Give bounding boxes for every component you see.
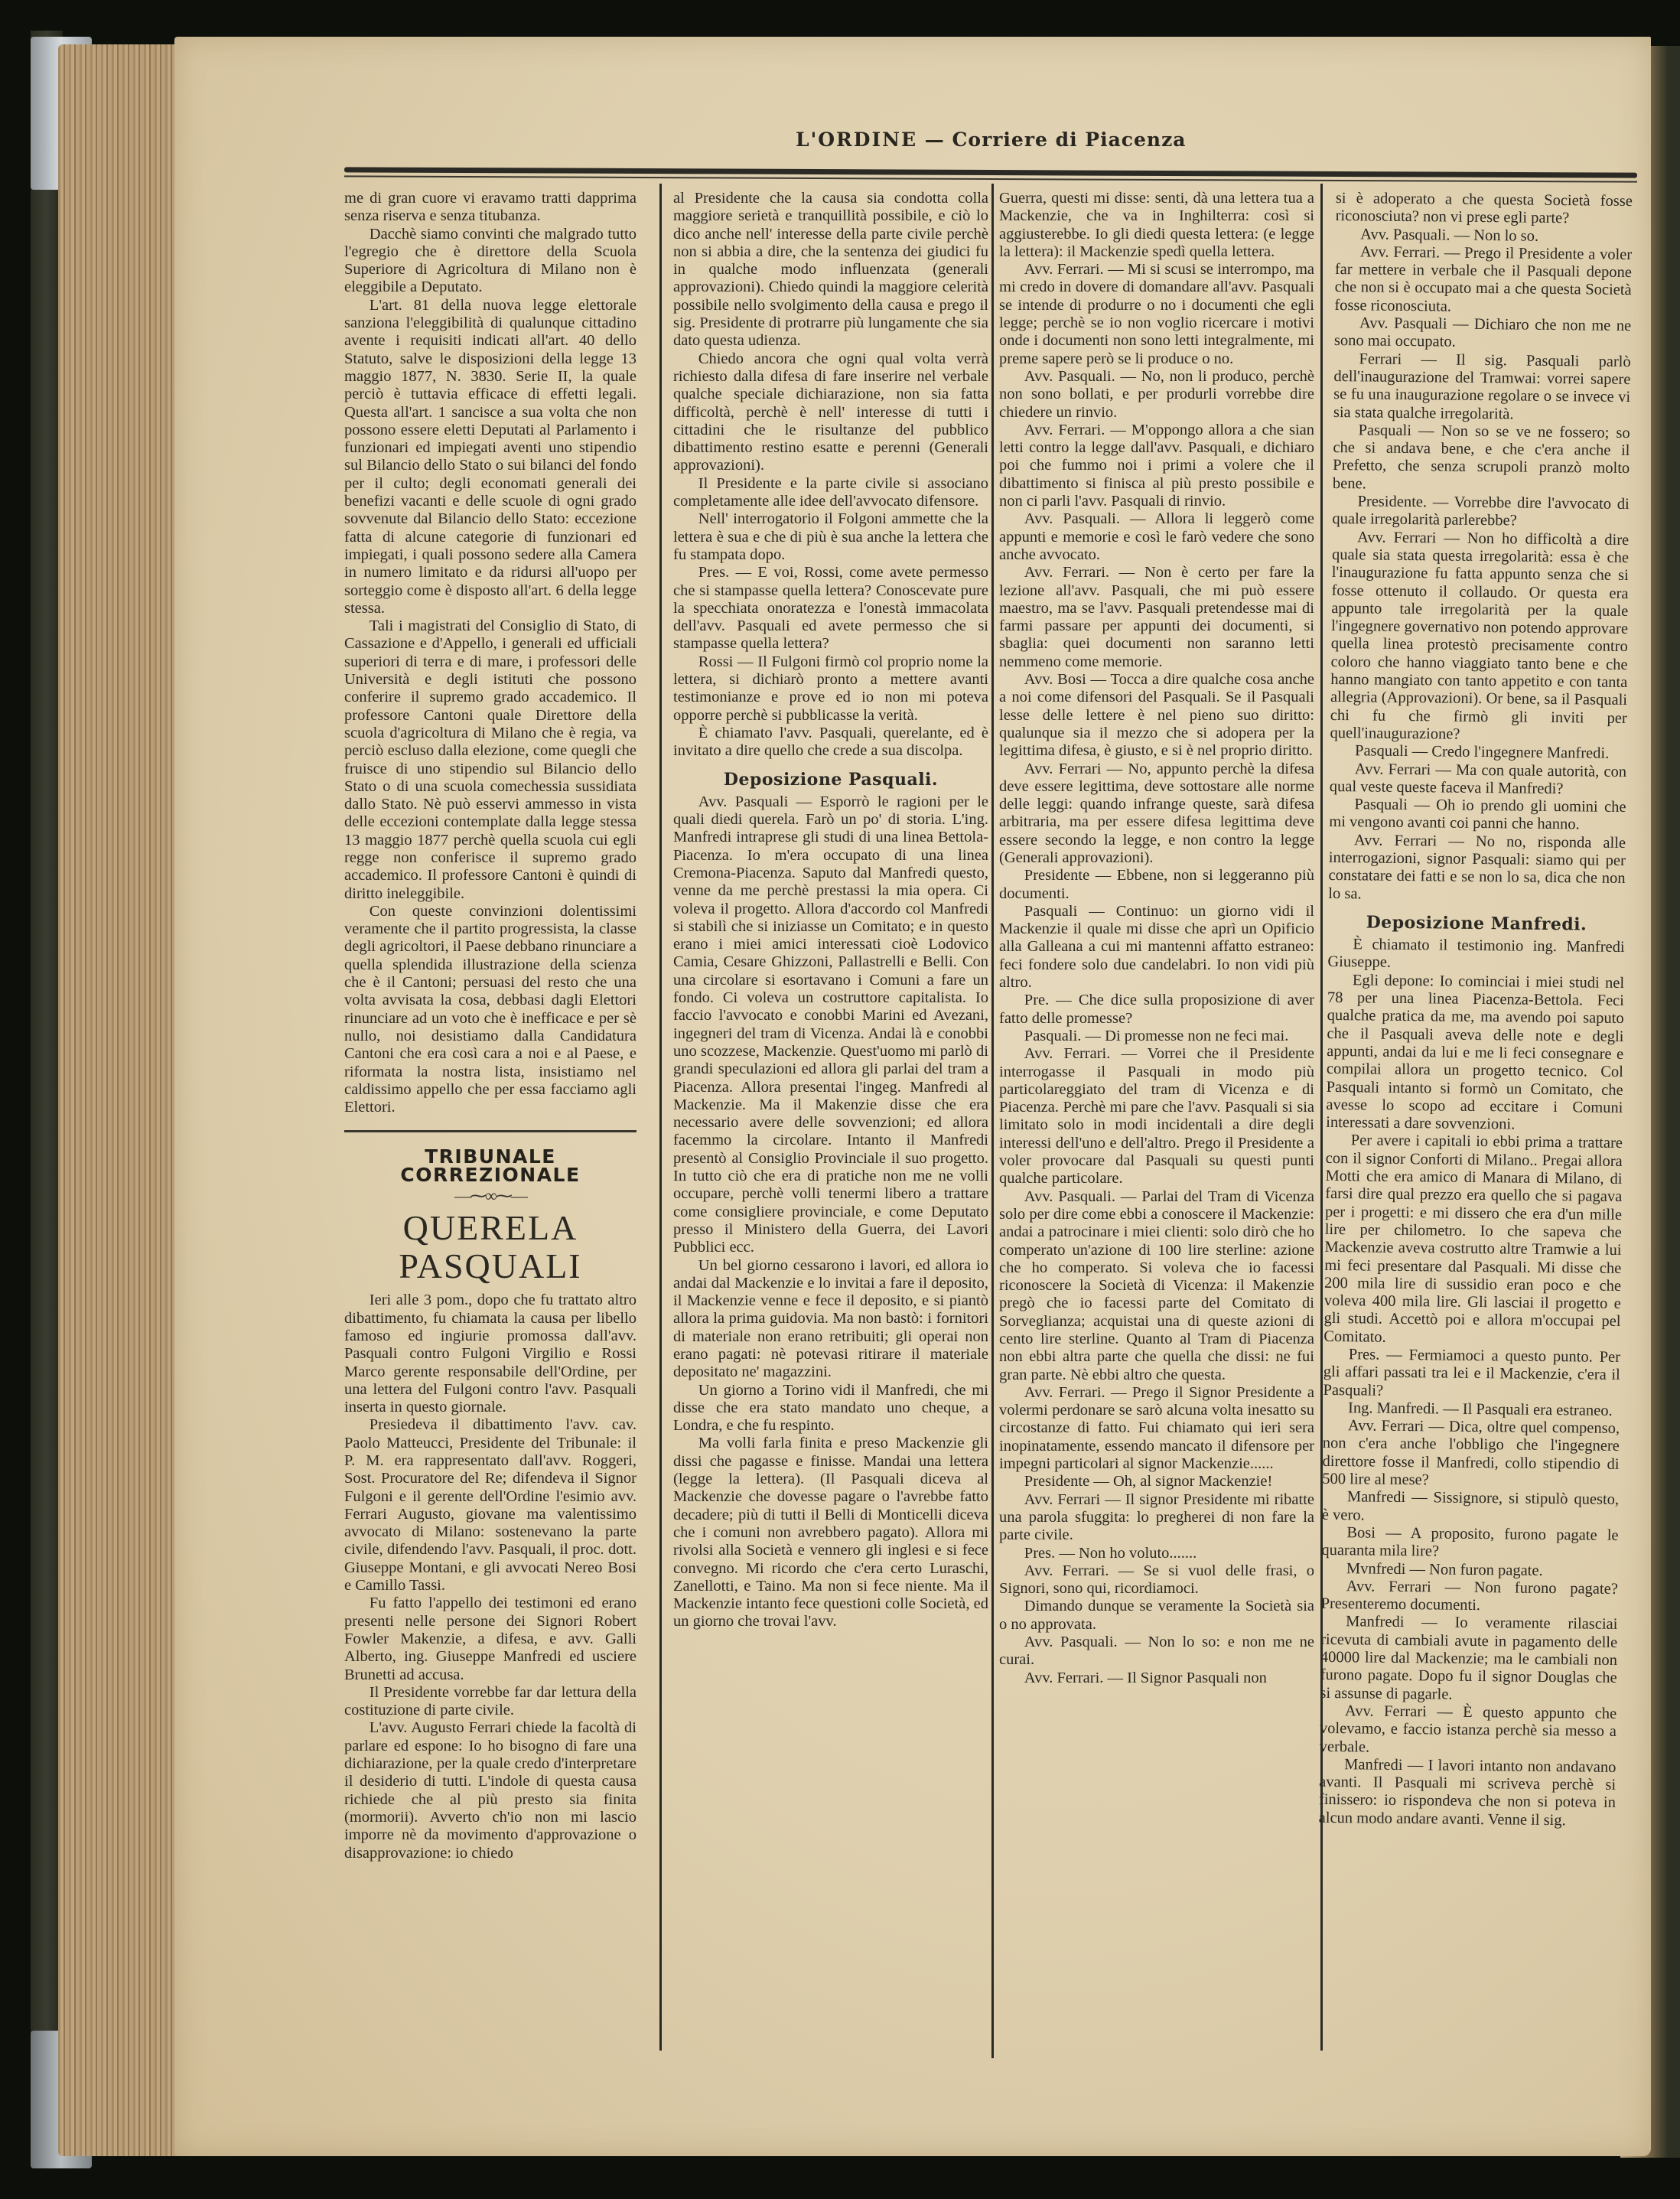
paragraph: Presidente — Ebbene, non si leggeranno p… [999, 867, 1314, 903]
paragraph: me di gran cuore vi eravamo tratti dappr… [344, 190, 637, 226]
column-divider [991, 184, 994, 2058]
paragraph: Avv. Pasquali. — Allora li leggerò come … [999, 510, 1314, 564]
paragraph: Avv. Ferrari — Il signor Presidente mi r… [999, 1491, 1314, 1545]
paragraph: Guerra, questi mi disse: senti, dà una l… [999, 190, 1314, 261]
paragraph: L'avv. Augusto Ferrari chiede la facoltà… [344, 1719, 637, 1862]
paragraph: Pasquali — Credo l'ingegnere Manfredi. [1330, 742, 1626, 763]
paragraph: si è adoperato a che questa Società foss… [1336, 190, 1633, 229]
column-divider [659, 184, 662, 2051]
paragraph: Dimando dunque se veramente la Società s… [999, 1598, 1314, 1634]
paragraph: Avv. Ferrari — Ma con quale autorità, co… [1330, 760, 1626, 799]
paragraph: Avv. Ferrari — Non furono pagate? Presen… [1321, 1578, 1618, 1617]
paragraph: Presidente. — Vorrebbe dire l'avvocato d… [1332, 493, 1629, 532]
paragraph: Avv. Ferrari. — Mi si scusi se interromp… [999, 261, 1314, 368]
paragraph: Ieri alle 3 pom., dopo che fu trattato a… [344, 1292, 637, 1416]
paragraph: Avv. Ferrari. — Non è certo per fare la … [999, 564, 1314, 671]
paragraph: Un bel giorno cessarono i lavori, ed all… [673, 1257, 988, 1382]
paragraph: Manfredi — Io veramente rilasciai ricevu… [1320, 1613, 1617, 1705]
paragraph: Rossi — Il Fulgoni firmò col proprio nom… [673, 653, 988, 725]
paragraph: Pasquali — Non so se ve ne fossero; so c… [1333, 422, 1630, 496]
paragraph: Avv. Pasquali. — Parlai del Tram di Vice… [999, 1188, 1314, 1384]
paragraph: Avv. Ferrari. — Se si vuol delle frasi, … [999, 1562, 1314, 1598]
paragraph: Con queste convinzioni dolentissimi vera… [344, 903, 637, 1117]
paragraph: Avv. Ferrari. — Vorrei che il Presidente… [999, 1045, 1314, 1187]
paragraph: Chiedo ancora che ogni qual volta verrà … [673, 350, 988, 475]
column-3: Guerra, questi mi disse: senti, dà una l… [999, 190, 1314, 1687]
paragraph: Presiedeva il dibattimento l'avv. cav. P… [344, 1416, 637, 1595]
paragraph: Il Presidente vorrebbe far dar lettura d… [344, 1684, 637, 1720]
column-4: si è adoperato a che questa Società foss… [1319, 190, 1633, 1830]
paragraph: È chiamato il testimonio ing. Manfredi G… [1327, 936, 1624, 975]
paragraph: Ma volli farla finita e preso Mackenzie … [673, 1435, 988, 1631]
paragraph: Avv. Ferrari. — Il Signor Pasquali non [999, 1670, 1314, 1687]
paragraph: Egli depone: Io cominciai i miei studi n… [1326, 972, 1624, 1135]
paragraph: Un giorno a Torino vidi il Manfredi, che… [673, 1382, 988, 1435]
paragraph: Avv. Ferrari. — Prego il Presidente a vo… [1334, 243, 1632, 318]
paragraph: Pasquali — Continuo: un giorno vidi il M… [999, 903, 1314, 992]
section-divider [344, 1130, 637, 1132]
paragraph: Avv. Ferrari — Dica, oltre quel compenso… [1322, 1417, 1620, 1491]
paragraph: L'art. 81 della nuova legge elettorale s… [344, 297, 637, 617]
paragraph: Presidente — Oh, al signor Mackenzie! [999, 1473, 1314, 1490]
article-title: QUERELA PASQUALI [344, 1209, 637, 1285]
paragraph: Avv. Ferrari — È questo appunto che vole… [1320, 1702, 1617, 1759]
paragraph: Nell' interrogatorio il Folgoni ammette … [673, 510, 988, 564]
paragraph: Avv. Pasquali. — Non lo so: e non me ne … [999, 1634, 1314, 1670]
paragraph: È chiamato l'avv. Pasquali, querelante, … [673, 725, 988, 761]
paragraph: Avv. Ferrari. — Prego il Signor Presiden… [999, 1384, 1314, 1473]
paragraph: Pres. — Fermiamoci a questo punto. Per g… [1323, 1346, 1620, 1402]
paragraph: Pasquali — Oh io prendo gli uomini che m… [1329, 796, 1626, 835]
paragraph: Fu fatto l'appello dei testimoni ed eran… [344, 1595, 637, 1683]
book-page-edges [58, 44, 181, 2156]
newspaper-subtitle: Corriere di Piacenza [952, 129, 1187, 151]
paragraph: Pres. — E voi, Rossi, come avete permess… [673, 564, 988, 653]
column-1: me di gran cuore vi eravamo tratti dappr… [344, 190, 637, 1862]
paragraph: Pre. — Che dice sulla proposizione di av… [999, 992, 1314, 1028]
paragraph: Pres. — Non ho voluto....... [999, 1545, 1314, 1562]
column-2: al Presidente che la causa sia condotta … [673, 190, 988, 1631]
paragraph: Ferrari — Il sig. Pasquali parlò dell'in… [1333, 350, 1631, 425]
paragraph: Avv. Ferrari. — M'oppongo allora a che s… [999, 422, 1314, 510]
masthead-dash: — [925, 129, 945, 151]
paragraph: Per avere i capitali io ebbi prima a tra… [1323, 1132, 1623, 1349]
deposition-heading: Deposizione Pasquali. [673, 771, 988, 789]
paragraph: Pasquali. — Di promesse non ne feci mai. [999, 1028, 1314, 1045]
paragraph: Avv. Pasquali — Esporrò le ragioni per l… [673, 793, 988, 1257]
paragraph: Manfredi — Sissignore, si stipulò questo… [1322, 1488, 1619, 1527]
paragraph: Il Presidente e la parte civile si assoc… [673, 475, 988, 511]
paragraph: Avv. Pasquali — Dichiaro che non me ne s… [1334, 314, 1631, 353]
masthead: L'ORDINE — Corriere di Piacenza [796, 129, 1187, 151]
deposition-heading: Deposizione Manfredi. [1328, 914, 1625, 934]
newspaper-title: L'ORDINE [796, 129, 917, 151]
paragraph: Avv. Ferrari — No, appunto perchè la dif… [999, 761, 1314, 868]
paragraph: Avv. Pasquali. — No, non li produco, per… [999, 368, 1314, 422]
ornament-flourish: —⁓∞⁓— [344, 1187, 637, 1204]
paragraph: Avv. Ferrari — No no, risponda alle inte… [1328, 832, 1626, 906]
paragraph: Avv. Bosi — Tocca a dire qualche cosa an… [999, 671, 1314, 760]
paragraph: Avv. Ferrari — Non ho difficoltà a dire … [1330, 529, 1629, 746]
section-heading: TRIBUNALE CORREZIONALE [344, 1148, 637, 1184]
paragraph: al Presidente che la causa sia condotta … [673, 190, 988, 350]
paragraph: Dacchè siamo convinti che malgrado tutto… [344, 226, 637, 297]
paragraph: Manfredi — I lavori intanto non andavano… [1319, 1756, 1617, 1830]
paragraph: Bosi — A proposito, furono pagate le qua… [1321, 1524, 1618, 1563]
paragraph: Tali i magistrati del Consiglio di Stato… [344, 617, 637, 903]
